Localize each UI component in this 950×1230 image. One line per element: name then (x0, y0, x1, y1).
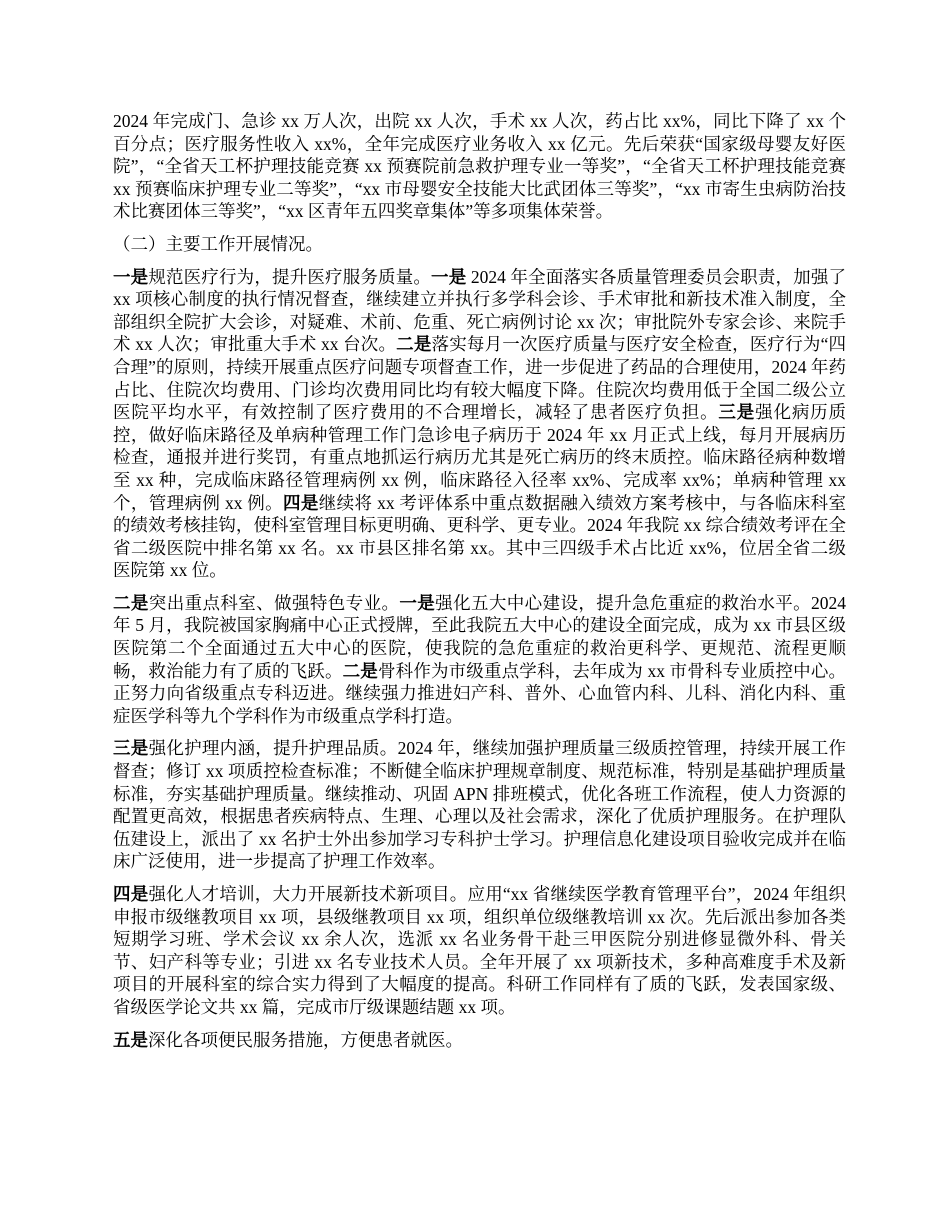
text-run: 2024 年完成门、急诊 xx 万人次，出院 xx 人次，手术 xx 人次，药占… (113, 111, 846, 221)
text-run: 强化人才培训，大力开展新技术新项目。应用“xx 省继续医学教育管理平台”，202… (113, 884, 846, 1017)
paragraph: 一是规范医疗行为，提升医疗服务质量。一是 2024 年全面落实各质量管理委员会职… (113, 266, 846, 582)
text-run: （二）主要工作开展情况。 (113, 234, 323, 254)
bold-text-run: 四是 (283, 493, 319, 513)
bold-text-run: 三是 (113, 738, 149, 758)
paragraph: （二）主要工作开展情况。 (113, 233, 846, 256)
bold-text-run: 五是 (113, 1030, 148, 1050)
text-run: 强化护理内涵，提升护理品质。2024 年，继续加强护理质量三级质控管理，持续开展… (113, 738, 846, 871)
document-page: 2024 年完成门、急诊 xx 万人次，出院 xx 人次，手术 xx 人次，药占… (0, 0, 950, 1230)
bold-text-run: 一是 (113, 267, 148, 287)
paragraph: 四是强化人才培训，大力开展新技术新项目。应用“xx 省继续医学教育管理平台”，2… (113, 883, 846, 1019)
bold-text-run: 一是 (431, 267, 466, 287)
paragraph: 2024 年完成门、急诊 xx 万人次，出院 xx 人次，手术 xx 人次，药占… (113, 110, 846, 223)
paragraph: 三是强化护理内涵，提升护理品质。2024 年，继续加强护理质量三级质控管理，持续… (113, 737, 846, 873)
document-content: 2024 年完成门、急诊 xx 万人次，出院 xx 人次，手术 xx 人次，药占… (113, 110, 846, 1061)
paragraph: 二是突出重点科室、做强特色专业。一是强化五大中心建设，提升急危重症的救治水平。2… (113, 592, 846, 728)
bold-text-run: 二是 (396, 334, 431, 354)
bold-text-run: 四是 (113, 884, 148, 904)
paragraph: 五是深化各项便民服务措施，方便患者就医。 (113, 1029, 846, 1052)
bold-text-run: 一是 (399, 593, 435, 613)
text-run: 规范医疗行为，提升医疗服务质量。 (148, 267, 431, 287)
text-run: 深化各项便民服务措施，方便患者就医。 (148, 1030, 463, 1050)
bold-text-run: 二是 (343, 661, 378, 681)
bold-text-run: 三是 (718, 402, 755, 422)
bold-text-run: 二是 (113, 593, 149, 613)
text-run: 突出重点科室、做强特色专业。 (149, 593, 400, 613)
